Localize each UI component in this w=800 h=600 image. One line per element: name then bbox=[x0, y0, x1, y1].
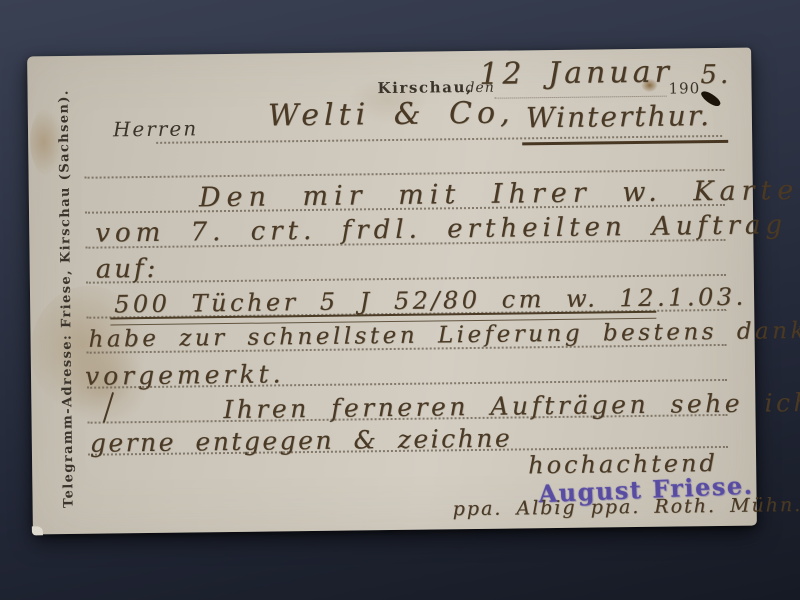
body-line-6: vorgemerkt. bbox=[85, 361, 285, 388]
addressee-company: Welti & Co, bbox=[268, 98, 515, 131]
signature-handwritten: ppa. Albig ppa. Roth. Mühn. bbox=[453, 496, 800, 519]
ruled-line bbox=[86, 274, 726, 284]
telegram-address-side-text: Telegramm-Adresse: Friese, Kirschau (Sac… bbox=[57, 108, 80, 508]
body-line-2: vom 7. crt. frdl. ertheilten Auftrag bbox=[95, 212, 787, 246]
pen-stroke bbox=[103, 392, 114, 423]
postcard: Telegramm-Adresse: Friese, Kirschau (Sac… bbox=[27, 48, 757, 535]
body-line-8: gerne entgegen & zeichne bbox=[90, 426, 513, 456]
year-printed: 190 bbox=[668, 79, 700, 97]
body-line-1: Den mir mit Ihrer w. Karte bbox=[199, 177, 800, 211]
year-handwritten: 5. bbox=[700, 62, 731, 88]
body-line-7: Ihren ferneren Aufträgen sehe ich bbox=[223, 390, 800, 422]
body-line-3: auf: bbox=[96, 256, 159, 283]
addressee-city: Winterthur. bbox=[526, 102, 711, 132]
salutation-printed: Herren bbox=[113, 116, 198, 141]
corner-chip bbox=[32, 526, 43, 535]
place-label: Kirschau, bbox=[377, 78, 473, 97]
date-dotted-line bbox=[495, 96, 667, 99]
date-handwritten: 12 Januar bbox=[479, 58, 673, 90]
city-underline bbox=[522, 140, 728, 145]
photo-background: Telegramm-Adresse: Friese, Kirschau (Sac… bbox=[0, 0, 800, 600]
